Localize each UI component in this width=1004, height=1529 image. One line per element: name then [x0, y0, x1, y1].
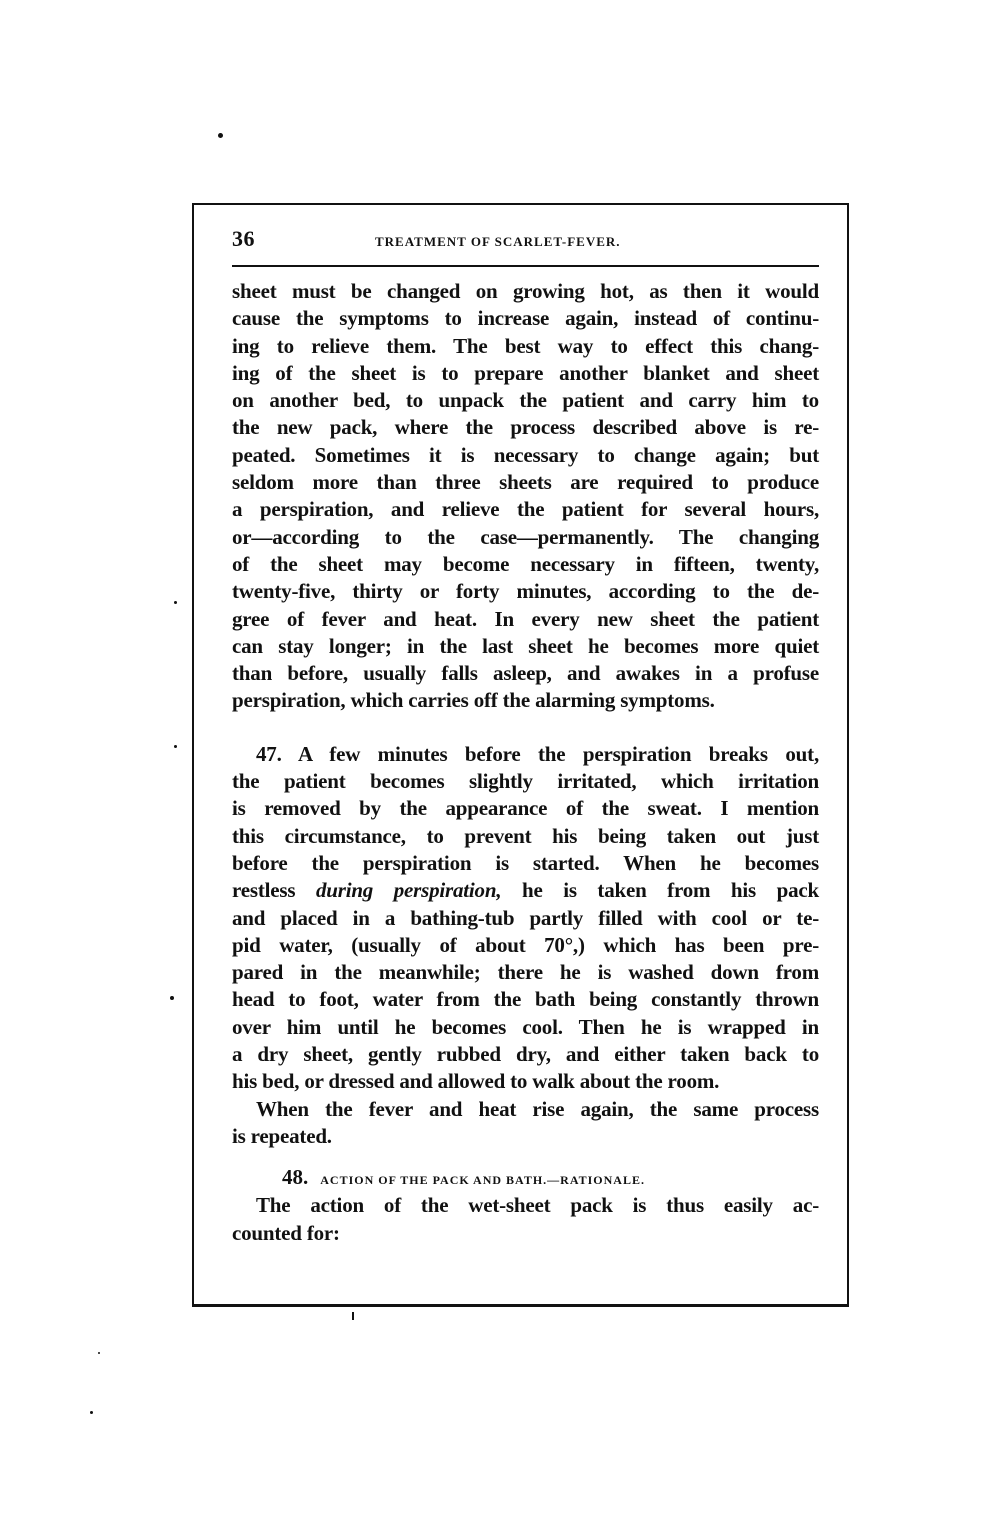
- text-fragment: restless: [232, 878, 295, 902]
- scan-speck: [174, 745, 177, 748]
- text-line: is repeated.: [232, 1123, 819, 1150]
- text-line: twenty-five, thirty or forty minutes, ac…: [232, 578, 819, 605]
- body-text: sheet must be changed on growing hot, as…: [232, 278, 819, 1247]
- text-line: on another bed, to unpack the patient an…: [232, 387, 819, 414]
- text-line: before the perspiration is started. When…: [232, 850, 819, 877]
- italic-phrase: during perspiration,: [316, 878, 501, 902]
- paragraph-48: The action of the wet-sheet pack is thus…: [232, 1192, 819, 1247]
- page-number: 36: [232, 226, 255, 252]
- text-line: sheet must be changed on growing hot, as…: [232, 278, 819, 305]
- text-line: pid water, (usually of about 70°,) which…: [232, 932, 819, 959]
- paragraph-spacer: [232, 715, 819, 741]
- section-number: 48.: [282, 1165, 308, 1189]
- scan-speck: [90, 1411, 93, 1414]
- text-line: pared in the meanwhile; there he is wash…: [232, 959, 819, 986]
- text-line: this circumstance, to prevent his being …: [232, 823, 819, 850]
- paragraph-continued: sheet must be changed on growing hot, as…: [232, 278, 819, 715]
- text-fragment: he is taken from his pack: [522, 878, 819, 902]
- text-line: can stay longer; in the last sheet he be…: [232, 633, 819, 660]
- section-title: ACTION OF THE PACK AND BATH.—RATIONALE.: [320, 1173, 645, 1187]
- section-spacer: [232, 1150, 819, 1162]
- text-line: 47. A few minutes before the perspiratio…: [232, 741, 819, 768]
- scan-speck: [170, 996, 174, 1000]
- paragraph-47: 47. A few minutes before the perspiratio…: [232, 741, 819, 1096]
- text-line: or—according to the case—permanently. Th…: [232, 524, 819, 551]
- text-line: of the sheet may become necessary in fif…: [232, 551, 819, 578]
- text-line: ing of the sheet is to prepare another b…: [232, 360, 819, 387]
- running-head-title: TREATMENT OF SCARLET-FEVER.: [375, 234, 621, 250]
- header-rule: [232, 265, 819, 267]
- scan-speck: [352, 1312, 354, 1320]
- text-line: is removed by the appearance of the swea…: [232, 795, 819, 822]
- scan-speck: [98, 1352, 100, 1354]
- text-line: the new pack, where the process describe…: [232, 414, 819, 441]
- text-line: cause the symptoms to increase again, in…: [232, 305, 819, 332]
- text-line: his bed, or dressed and allowed to walk …: [232, 1068, 819, 1095]
- text-line: gree of fever and heat. In every new she…: [232, 606, 819, 633]
- text-line: the patient becomes slightly irritated, …: [232, 768, 819, 795]
- text-line: counted for:: [232, 1220, 819, 1247]
- running-head: 36 TREATMENT OF SCARLET-FEVER.: [232, 226, 818, 256]
- text-line: over him until he becomes cool. Then he …: [232, 1014, 819, 1041]
- text-line: When the fever and heat rise again, the …: [232, 1096, 819, 1123]
- text-line: peated. Sometimes it is necessary to cha…: [232, 442, 819, 469]
- text-line: a perspiration, and relieve the patient …: [232, 496, 819, 523]
- text-line: ing to relieve them. The best way to eff…: [232, 333, 819, 360]
- scan-speck: [174, 601, 177, 604]
- scan-speck: [218, 133, 223, 138]
- text-line: a dry sheet, gently rubbed dry, and eith…: [232, 1041, 819, 1068]
- text-line: and placed in a bathing-tub partly fille…: [232, 905, 819, 932]
- text-line: seldom more than three sheets are requir…: [232, 469, 819, 496]
- section-heading: 48. ACTION OF THE PACK AND BATH.—RATIONA…: [232, 1162, 819, 1192]
- text-line: than before, usually falls asleep, and a…: [232, 660, 819, 687]
- text-line-with-italic: restless during perspiration, he is take…: [232, 877, 819, 904]
- text-line: head to foot, water from the bath being …: [232, 986, 819, 1013]
- text-line: perspiration, which carries off the alar…: [232, 687, 819, 714]
- paragraph-repeat: When the fever and heat rise again, the …: [232, 1096, 819, 1151]
- text-line: The action of the wet-sheet pack is thus…: [232, 1192, 819, 1219]
